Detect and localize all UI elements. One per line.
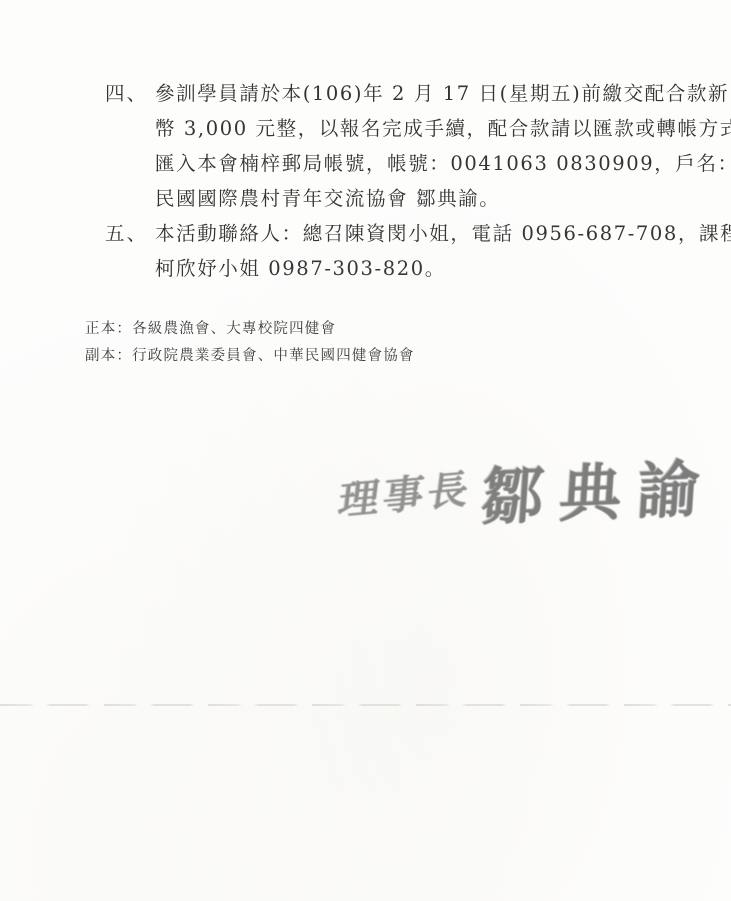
list-item-four: 四、 參訓學員請於本(106)年 2 月 17 日(星期五)前繳交配合款新台 幣… — [105, 76, 721, 216]
list-item-five: 五、 本活動聯絡人：總召陳資閔小姐，電話 0956-687-708，課程組 柯欣… — [105, 216, 721, 286]
item-number: 五、 — [105, 216, 155, 251]
item-number: 四、 — [105, 76, 155, 111]
scanned-document-page: 四、 參訓學員請於本(106)年 2 月 17 日(星期五)前繳交配合款新台 幣… — [0, 0, 731, 901]
carbon-copy-line: 副本：行政院農業委員會、中華民國四健會協會 — [85, 343, 415, 370]
text-line: 本活動聯絡人：總召陳資閔小姐，電話 0956-687-708，課程組 — [155, 216, 731, 251]
text-line: 匯入本會楠梓郵局帳號，帳號：0041063 0830909，戶名：中華 — [155, 146, 731, 181]
text-line: 幣 3,000 元整，以報名完成手續，配合款請以匯款或轉帳方式 — [155, 111, 731, 146]
item-text: 本活動聯絡人：總召陳資閔小姐，電話 0956-687-708，課程組 柯欣妤小姐… — [155, 216, 731, 286]
distribution-list: 正本：各級農漁會、大專校院四健會 副本：行政院農業委員會、中華民國四健會協會 — [85, 316, 415, 369]
chairman-name: 鄒典諭 — [479, 439, 719, 537]
numbered-list: 四、 參訓學員請於本(106)年 2 月 17 日(星期五)前繳交配合款新台 幣… — [105, 76, 721, 286]
chairman-signature-stamp: 理事長 鄒典諭 — [339, 441, 717, 538]
item-text: 參訓學員請於本(106)年 2 月 17 日(星期五)前繳交配合款新台 幣 3,… — [155, 76, 731, 216]
original-copy-line: 正本：各級農漁會、大專校院四健會 — [85, 316, 415, 343]
text-line: 民國國際農村青年交流協會 鄒典諭。 — [155, 181, 731, 216]
chairman-title: 理事長 — [336, 458, 476, 527]
text-line: 參訓學員請於本(106)年 2 月 17 日(星期五)前繳交配合款新台 — [155, 76, 731, 111]
scan-artifact-line — [0, 704, 731, 706]
text-line: 柯欣妤小姐 0987-303-820。 — [155, 251, 731, 286]
